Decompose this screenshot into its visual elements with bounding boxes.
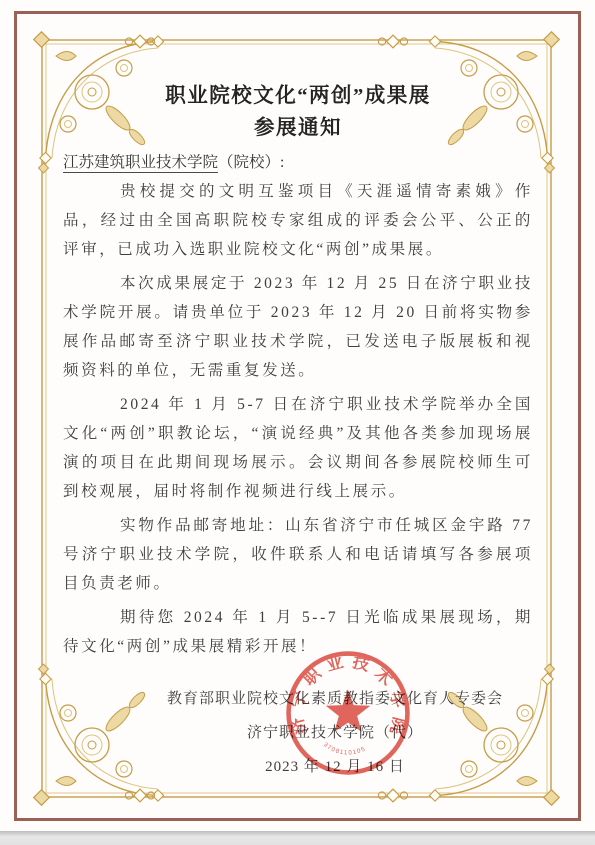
addressee-school-name: 江苏建筑职业技术学院 [63, 154, 218, 173]
scan-background-edge [0, 831, 595, 845]
paragraph-forum-info: 2024 年 1 月 5-7 日在济宁职业技术学院举办全国文化“两创”职教论坛，… [63, 390, 533, 506]
paragraph-selection-result: 贵校提交的文明互鉴项目《天涯遥情寄素娥》作品，经过由全国高职院校专家组成的评委会… [63, 177, 533, 264]
addressee-line: 江苏建筑职业技术学院（院校）: [63, 148, 533, 177]
certificate-page: 职业院校文化“两创”成果展 参展通知 江苏建筑职业技术学院（院校）: 贵校提交的… [0, 0, 595, 832]
official-seal-stamp: 济宁职业技术学院 3708110105 [284, 649, 412, 777]
letter-body: 贵校提交的文明互鉴项目《天涯遥情寄素娥》作品，经过由全国高职院校专家组成的评委会… [63, 177, 533, 661]
addressee-suffix: （院校）: [218, 154, 284, 171]
letter-content: 职业院校文化“两创”成果展 参展通知 江苏建筑职业技术学院（院校）: 贵校提交的… [63, 80, 533, 666]
paragraph-exhibition-dates: 本次成果展定于 2023 年 12 月 25 日在济宁职业技术学院开展。请贵单位… [63, 269, 533, 385]
seal-star-icon [326, 690, 370, 732]
paragraph-mailing-address: 实物作品邮寄地址：山东省济宁市任城区金宇路 77 号济宁职业技术学院，收件联系人… [63, 511, 533, 598]
document-title-line2: 参展通知 [63, 112, 533, 144]
seal-code-text: 3708110105 [322, 741, 367, 756]
document-title-line1: 职业院校文化“两创”成果展 [63, 80, 533, 112]
